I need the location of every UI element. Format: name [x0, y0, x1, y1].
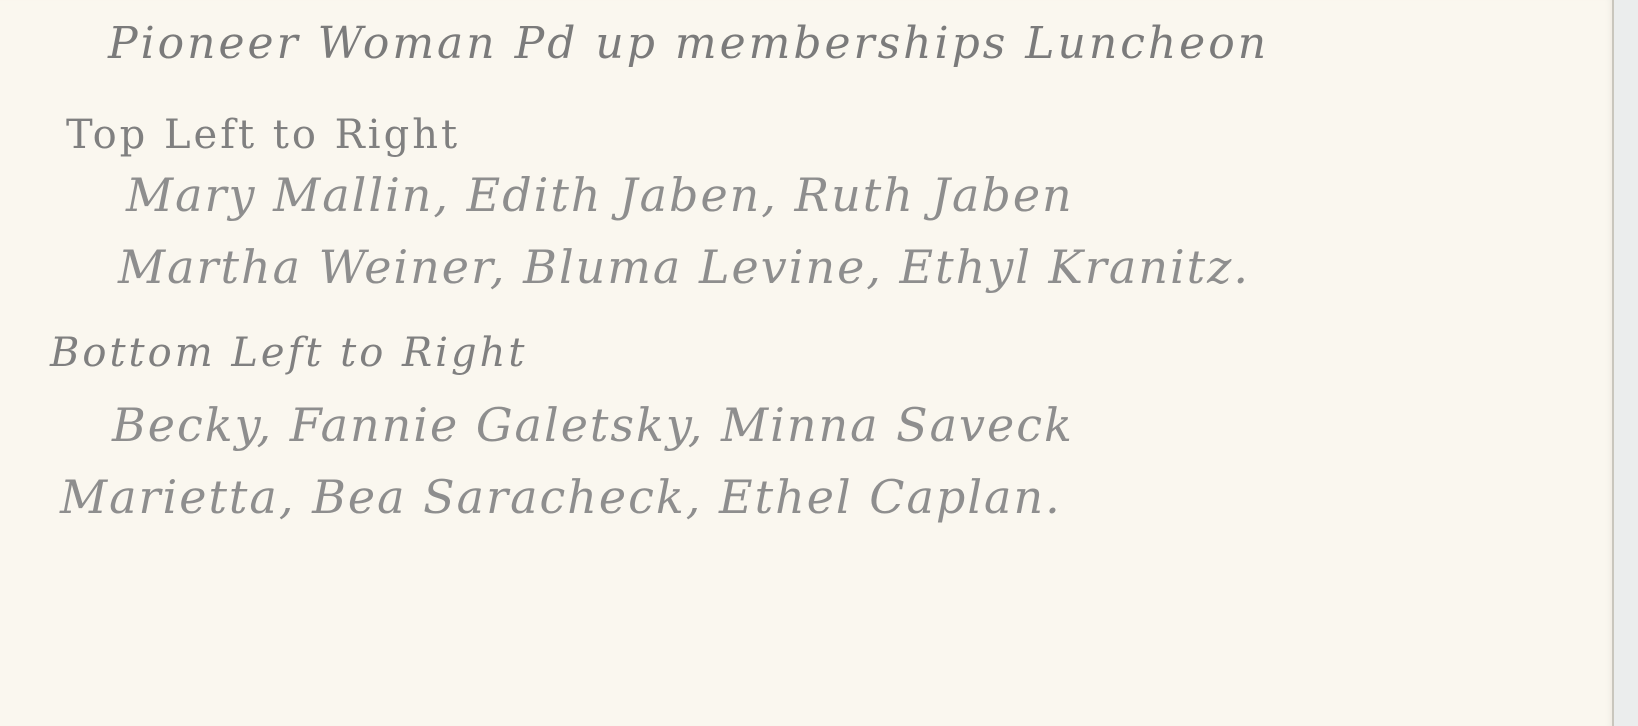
top-row-names-line-2: Martha Weiner, Bluma Levine, Ethyl Krani…: [118, 240, 1250, 294]
note-title: Pioneer Woman Pd up memberships Luncheon: [108, 18, 1269, 69]
handwritten-note-card: Pioneer Woman Pd up memberships Luncheon…: [0, 0, 1614, 726]
bottom-row-names-line-1: Becky, Fannie Galetsky, Minna Saveck: [112, 398, 1074, 452]
scan-background-edge: [1614, 0, 1638, 726]
bottom-row-label: Bottom Left to Right: [50, 330, 527, 376]
bottom-row-names-line-2: Marietta, Bea Saracheck, Ethel Caplan.: [60, 470, 1062, 524]
top-row-names-line-1: Mary Mallin, Edith Jaben, Ruth Jaben: [126, 168, 1074, 222]
top-row-label: Top Left to Right: [66, 112, 460, 158]
